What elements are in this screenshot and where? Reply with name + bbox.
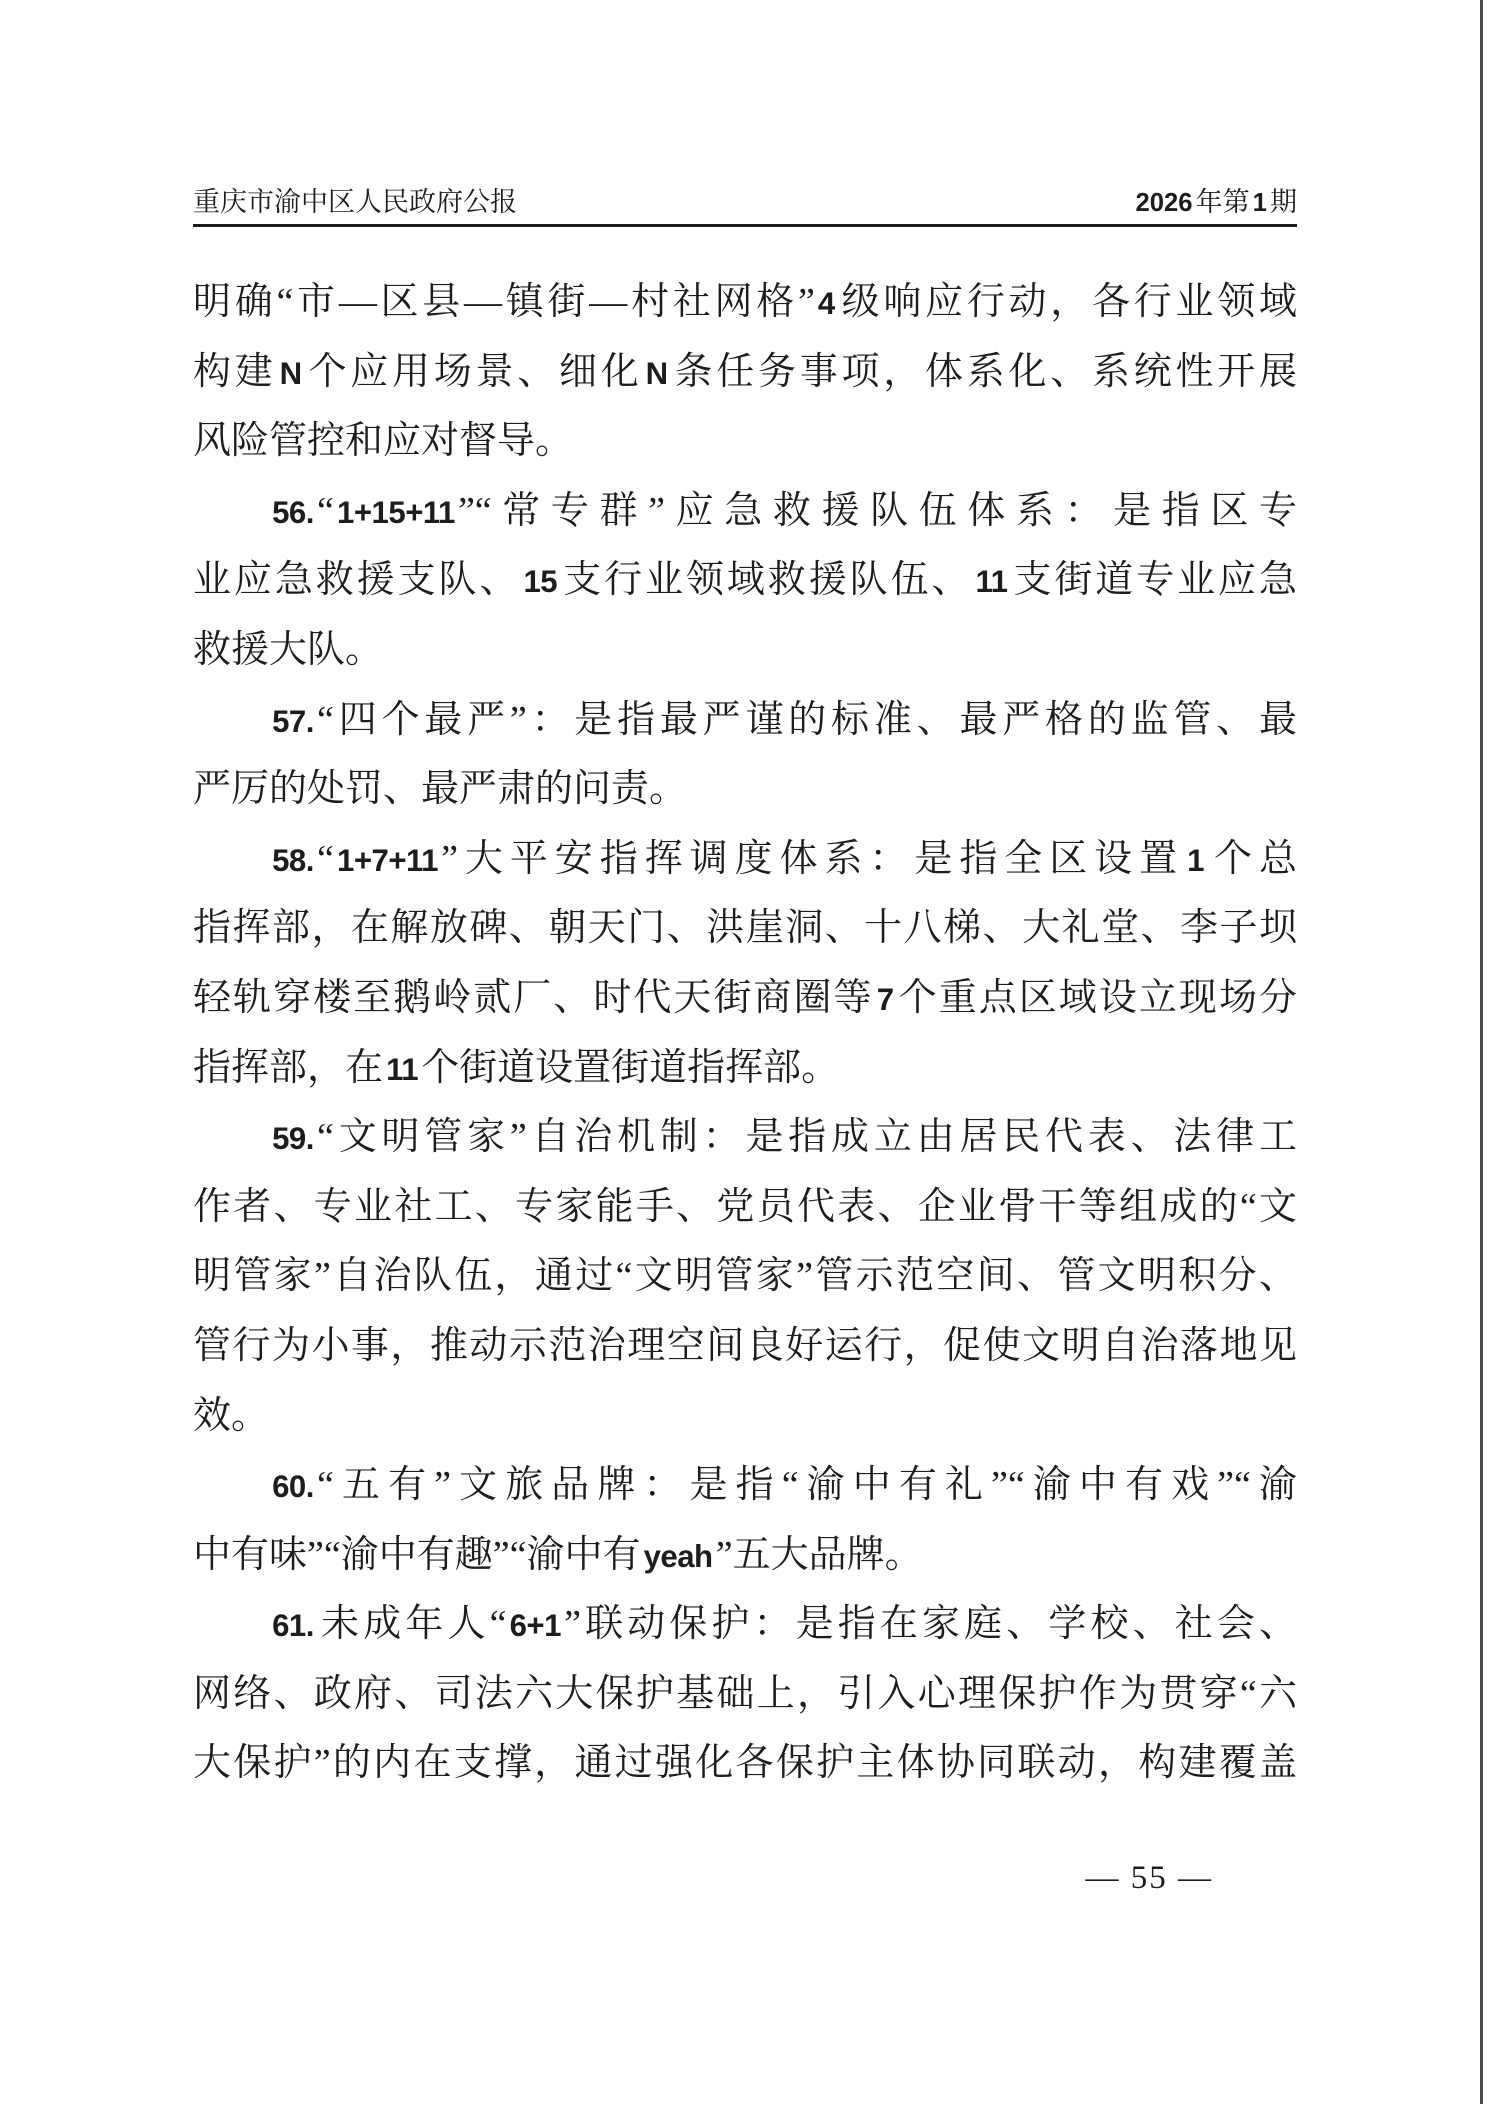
- latin-numeral: 57.: [272, 704, 314, 739]
- latin-numeral: 11: [975, 564, 1007, 599]
- body-line: 管行为小事，推动示范治理空间良好运行，促使文明自治落地见: [193, 1312, 1297, 1382]
- body-line: 作者、专业社工、专家能手、党员代表、企业骨干等组成的“文: [193, 1173, 1297, 1243]
- latin-numeral: 58.: [272, 843, 314, 878]
- body-line: 大保护”的内在支撑，通过强化各保护主体协同联动，构建覆盖: [193, 1729, 1297, 1799]
- body-line: 明管家”自治队伍，通过“文明管家”管示范空间、管文明积分、: [193, 1242, 1297, 1312]
- latin-numeral: N: [280, 356, 302, 391]
- document-body: 明确“市—区县—镇街—村社网格”4级响应行动，各行业领域构建N个应用场景、细化N…: [193, 268, 1297, 1799]
- latin-numeral: 60.: [272, 1469, 314, 1504]
- body-line: 轻轨穿楼至鹅岭贰厂、时代天街商圈等7个重点区域设立现场分: [193, 964, 1297, 1034]
- page-number: — 55 —: [193, 1858, 1297, 1898]
- latin-numeral: 1+15+11: [337, 495, 455, 530]
- latin-numeral: N: [646, 356, 668, 391]
- body-line: 中有味”“渝中有趣”“渝中有yeah”五大品牌。: [193, 1521, 1297, 1591]
- latin-numeral: 4: [818, 286, 835, 321]
- gazette-header: 重庆市渝中区人民政府公报 2026年第1期: [193, 186, 1297, 219]
- body-line: 网络、政府、司法六大保护基础上，引入心理保护作为贯穿“六: [193, 1660, 1297, 1730]
- body-line: 61.未成年人“6+1”联动保护：是指在家庭、学校、社会、: [193, 1590, 1297, 1660]
- gazette-issue: 2026年第1期: [1132, 186, 1297, 219]
- body-line: 60.“五有”文旅品牌：是指“渝中有礼”“渝中有戏”“渝: [193, 1451, 1297, 1521]
- body-line: 59.“文明管家”自治机制：是指成立由居民代表、法律工: [193, 1103, 1297, 1173]
- latin-numeral: 6+1: [510, 1608, 561, 1643]
- latin-numeral: 1: [1187, 843, 1204, 878]
- body-line: 构建N个应用场景、细化N条任务事项，体系化、系统性开展: [193, 338, 1297, 408]
- body-line: 风险管控和应对督导。: [193, 407, 1297, 477]
- latin-numeral: 1: [1253, 189, 1267, 217]
- body-line: 56.“1+15+11”“常专群”应急救援队伍体系：是指区专: [193, 477, 1297, 547]
- scan-edge-line: [1480, 0, 1483, 2104]
- latin-numeral: 11: [386, 1052, 418, 1087]
- header-rule: [193, 224, 1297, 227]
- body-line: 效。: [193, 1382, 1297, 1452]
- body-line: 指挥部，在11个街道设置街道指挥部。: [193, 1034, 1297, 1104]
- body-line: 严厉的处罚、最严肃的问责。: [193, 755, 1297, 825]
- body-line: 救援大队。: [193, 616, 1297, 686]
- latin-numeral: 56.: [272, 495, 314, 530]
- latin-numeral: 59.: [272, 1121, 314, 1156]
- latin-numeral: yeah: [644, 1539, 713, 1574]
- latin-numeral: 7: [877, 982, 894, 1017]
- latin-numeral: 2026: [1136, 189, 1193, 217]
- body-line: 明确“市—区县—镇街—村社网格”4级响应行动，各行业领域: [193, 268, 1297, 338]
- body-line: 业应急救援支队、15支行业领域救援队伍、11支街道专业应急: [193, 546, 1297, 616]
- latin-numeral: 1+7+11: [337, 843, 438, 878]
- body-line: 57.“四个最严”：是指最严谨的标准、最严格的监管、最: [193, 686, 1297, 756]
- latin-numeral: 61.: [272, 1608, 314, 1643]
- body-line: 指挥部，在解放碑、朝天门、洪崖洞、十八梯、大礼堂、李子坝: [193, 894, 1297, 964]
- body-line: 58.“1+7+11”大平安指挥调度体系：是指全区设置1个总: [193, 825, 1297, 895]
- latin-numeral: 15: [523, 564, 557, 599]
- gazette-title: 重庆市渝中区人民政府公报: [193, 186, 517, 218]
